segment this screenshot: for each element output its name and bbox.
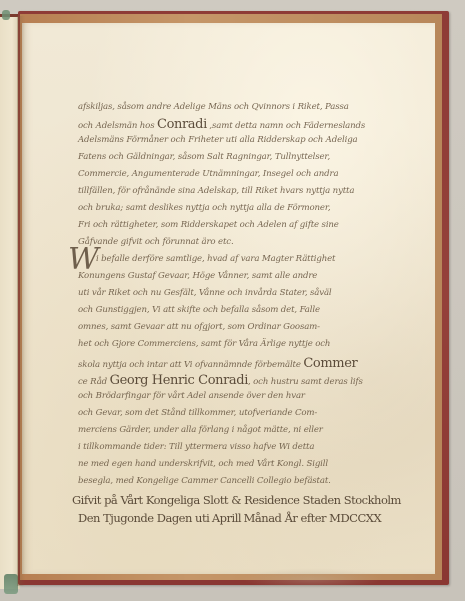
bookmark-ribbon-bottom xyxy=(4,574,18,594)
text-line: ce Råd Georg Henric Conradi, och hustru … xyxy=(78,373,363,388)
text-line: i tillkommande tider: Till yttermera vis… xyxy=(78,442,314,452)
text-line: Gåfvande gifvit och förunnat äro etc. xyxy=(78,237,234,247)
gutter-shadow xyxy=(17,16,25,586)
text-line: och Adelsmän hos Conradi ,samt detta nam… xyxy=(78,117,365,132)
text-line: Konungens Gustaf Gevaar, Höge Vånner, sa… xyxy=(78,271,317,281)
text-line: ne med egen hand underskrifvit, och med … xyxy=(78,459,328,469)
text-line: och Brödarfingar för vårt Adel ansende ö… xyxy=(78,391,305,401)
book-spread: afskiljas, såsom andre Adelige Mäns och … xyxy=(0,0,465,601)
text-line: besegla, med Kongelige Cammer Cancelli C… xyxy=(78,476,331,486)
text-line: Fri och rättigheter, som Ridderskapet oc… xyxy=(78,220,339,230)
text-line: tillfällen, för ofrånände sina Adelskap,… xyxy=(78,186,354,196)
closing-date-line: Den Tjugonde Dagen uti Aprill Månad År e… xyxy=(78,511,381,525)
month-red-ink: Aprill xyxy=(212,511,241,525)
bookmark-ribbon-top xyxy=(2,10,10,20)
text-line: Adelsmäns Förmåner och Friheter uti alla… xyxy=(78,135,358,145)
text-line: skola nyttja och intar att Vi ofvannämnd… xyxy=(78,356,357,371)
text-line: och Gunstiggjen, Vi att skifte och befal… xyxy=(78,305,320,315)
text-line: i befalle derföre samtlige, hvad af vara… xyxy=(96,254,335,264)
text-line: Commercie, Angumenterade Utnämningar, In… xyxy=(78,169,338,179)
text-line: merciens Gärder, under alla förlang i nå… xyxy=(78,425,323,435)
text-line: omnes, samt Gevaar att nu ofgjort, som O… xyxy=(78,322,320,332)
word-commer: Commer xyxy=(303,356,357,371)
name-georg-henric-conradi: Georg Henric Conradi xyxy=(110,373,248,388)
text-line: afskiljas, såsom andre Adelige Mäns och … xyxy=(78,102,349,112)
text-line: och bruka; samt deslikes nyttja och nytt… xyxy=(78,203,330,213)
name-conradi: Conradi xyxy=(157,117,207,132)
text-line: het och Gjore Commerciens, samt för Våra… xyxy=(78,339,330,349)
text-line: och Gevar, som det Stånd tillkommer, uto… xyxy=(78,408,317,418)
text-line: Fatens och Gäldningar, såsom Salt Ragnin… xyxy=(78,152,330,162)
closing-place-line: Gifvit på Vårt Kongeliga Slott & Residen… xyxy=(72,493,401,507)
page-stain xyxy=(242,568,382,590)
text-line: uti vår Riket och nu Gesfält, Vånne och … xyxy=(78,288,332,298)
